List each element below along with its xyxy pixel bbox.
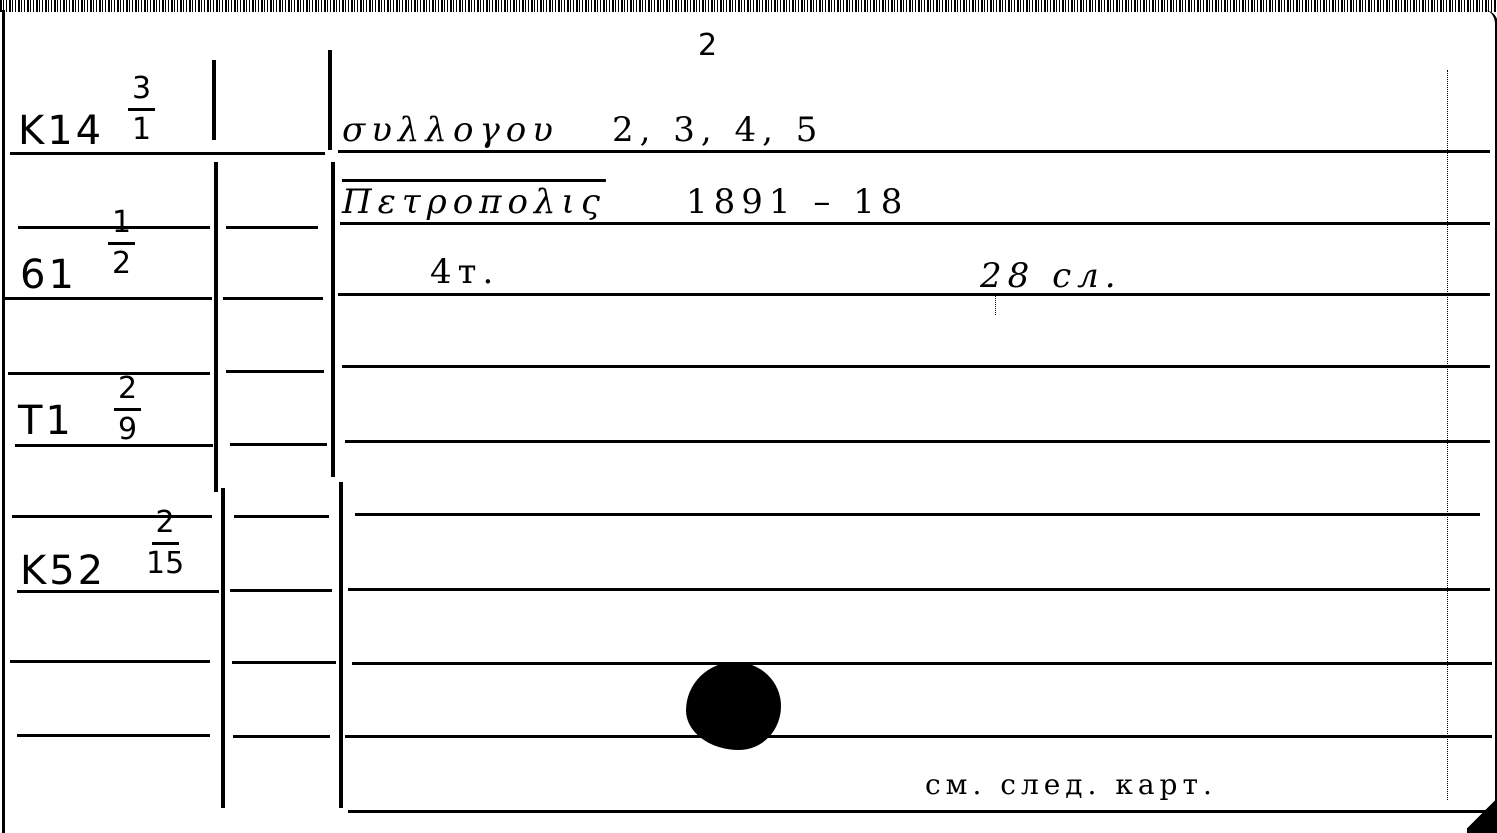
scan-artifact	[995, 295, 997, 315]
ruled-line	[230, 443, 327, 446]
column-rule-2	[339, 482, 343, 808]
shelf-mark-fraction: 3 1	[128, 72, 155, 147]
column-rule-2	[328, 50, 332, 150]
ruled-line	[234, 515, 329, 518]
ruled-line	[230, 589, 332, 592]
shelf-mark-fraction: 2 9	[114, 372, 141, 447]
ruled-line	[348, 810, 1488, 813]
column-rule-1	[212, 60, 216, 140]
column-rule-1	[221, 488, 225, 808]
shelf-mark-code: K52	[20, 548, 106, 594]
fraction-denominator: 15	[146, 545, 184, 581]
entry-size: 28 сл.	[980, 256, 1122, 296]
ruled-line	[232, 661, 336, 664]
fraction-denominator: 1	[132, 111, 151, 147]
ruled-line	[355, 513, 1480, 516]
entry-years: 1891 – 18	[686, 182, 908, 222]
shelf-mark-code: 61	[20, 252, 77, 298]
fraction-numerator: 2	[152, 506, 179, 545]
ruled-line	[348, 588, 1490, 591]
ruled-line	[233, 735, 330, 738]
footer-note: см. след. карт.	[925, 768, 1217, 801]
page-number: 2	[698, 28, 719, 63]
entry-title: συλλογου	[342, 110, 559, 150]
card-corner-shadow	[1467, 793, 1497, 833]
shelf-mark-fraction: 2 15	[146, 506, 184, 581]
ruled-line	[17, 734, 210, 737]
ruled-line	[223, 297, 323, 300]
ruled-line	[338, 150, 1490, 153]
ruled-line	[345, 735, 1492, 738]
fraction-denominator: 2	[112, 245, 131, 281]
shelf-mark-fraction: 1 2	[108, 206, 135, 281]
ruled-line	[226, 370, 324, 373]
entry-volume-count: 4т.	[430, 252, 499, 292]
ruled-line	[352, 662, 1492, 665]
column-rule-1	[214, 162, 218, 492]
entry-place: Πετροπολις	[342, 182, 606, 222]
fraction-numerator: 1	[108, 206, 135, 245]
ruled-line	[8, 372, 210, 375]
ruled-line	[10, 660, 210, 663]
column-rule-2	[331, 162, 335, 477]
ruled-line	[345, 440, 1490, 443]
ruled-line	[226, 226, 318, 229]
shelf-mark-code: T1	[18, 398, 74, 444]
ruled-line	[338, 293, 1490, 296]
entry-volumes: 2, 3, 4, 5	[612, 110, 823, 150]
ruled-line	[342, 365, 1490, 368]
ruled-line	[340, 222, 1490, 225]
shelf-mark-code: K14	[18, 108, 104, 154]
ink-blot	[686, 662, 781, 750]
fraction-denominator: 9	[118, 411, 137, 447]
fraction-numerator: 2	[114, 372, 141, 411]
scan-artifact	[1447, 70, 1449, 800]
fraction-numerator: 3	[128, 72, 155, 111]
